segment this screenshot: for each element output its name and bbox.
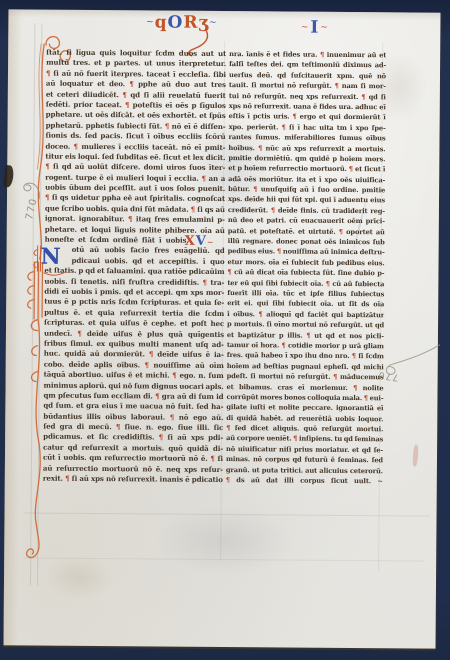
pilcrow-mark: ¶ [335,82,339,90]
pilcrow-mark: ¶ [282,123,286,131]
pilcrow-mark: ¶ [201,174,205,183]
pilcrow-mark: ¶ [128,215,132,224]
pilcrow-mark: ¶ [45,193,49,202]
pilcrow-mark: ¶ [227,268,231,276]
running-title-cor: ∼qORʒ∼ [126,12,236,33]
display-letter: ∼ [301,18,309,38]
pilcrow-mark: ¶ [191,205,195,214]
pilcrow-mark: ¶ [258,144,262,152]
chapter-numeral-letter: V [196,234,207,249]
text-line: tauit. ſi mortui nō reſurgūt. ¶ nam ſi m… [229,80,386,92]
pilcrow-mark: ¶ [293,435,297,443]
pilcrow-mark: ¶ [155,391,159,400]
pilcrow-mark: ¶ [122,90,126,99]
text-column-right: nra. īanis ē et fides ura. ¶ inuenimur a… [226,49,386,487]
decorated-initial-n: N [37,245,63,273]
margin-note-right-number: 770 [377,369,400,383]
pilcrow-mark: ¶ [271,206,275,214]
display-letter: ∼ [209,13,217,33]
pilcrow-mark: ¶ [65,474,69,483]
red-offset-mark [412,444,419,466]
text-line: ¶ ds aū dat illi corpus ſicut uult. ∼ [226,475,383,487]
pilcrow-mark: ¶ [349,165,353,173]
margin-note-left: 770 [19,177,39,233]
pilcrow-mark: ¶ [226,476,230,484]
photo-of-manuscript-leaf: { "meta": { "background_color": "#202e4d… [0,0,450,660]
pilcrow-mark: ¶ [320,51,324,59]
pilcrow-mark: ¶ [125,100,129,109]
text-line: ſcripturas. et quia uiſus ē cephe. et po… [44,318,224,330]
text-line: gilate iuſti et nolite peccare. ignorant… [226,402,383,414]
display-letter: ʒ [198,13,208,33]
pilcrow-mark: ¶ [333,373,337,381]
pilcrow-mark: ¶ [77,328,81,337]
pilcrow-mark: ¶ [74,141,78,150]
text-line: minas. nō corpus qd futurū ē ſeminas. ſe… [226,454,383,466]
pilcrow-mark: ¶ [45,162,49,171]
parchment-stain [154,505,295,576]
pilcrow-mark: ¶ [306,331,310,339]
ruling-line-horizontal [25,512,430,516]
pilcrow-mark: ¶ [116,422,120,431]
pilcrow-mark: ¶ [203,277,207,286]
text-line: p mortuis. ſi oīno mortui nō reſurgūt. u… [227,319,384,331]
chapter-numeral-letter: X [185,234,196,249]
text-line: nū deo et patri. cū euacuauerit oēm prīc… [228,215,385,227]
manuscript-leaf: ∼qORʒ∼ ∼I∼ ſtāt. ſi līgua quis loquitur … [4,9,441,648]
book-numeral-I: ∼I∼ [290,18,338,38]
pilcrow-mark: ¶ [277,248,281,256]
text-line: rantes ſumus. miſerabiliores ſumus oībus [228,132,385,144]
display-letter: ∼ [146,12,154,32]
text-line: ¶ cū aū dicat oīa ſubiecta ſūt. ſine dub… [227,267,384,279]
pilcrow-mark: ¶ [258,310,262,318]
pilcrow-mark: ¶ [210,454,214,463]
margin-note-right: 770 [371,338,443,395]
display-letter: ∼ [320,18,328,38]
pilcrow-mark: ¶ [226,424,230,432]
display-letter: R [183,13,197,33]
pilcrow-mark: ¶ [281,341,285,349]
chapter-numeral-xv: XV∼ [185,234,215,249]
pilcrow-mark: ¶ [364,394,368,402]
text-line: pdeſt. ſi mortui nō reſurgūt. ¶ māducemu… [227,371,384,383]
pilcrow-mark: ¶ [361,93,365,101]
pilcrow-mark: ¶ [46,68,50,77]
pilcrow-mark: ¶ [172,371,176,380]
pilcrow-mark: ¶ [353,384,357,392]
display-letter: I [310,18,318,38]
display-letter: O [167,13,182,33]
chapter-numeral-flourish: ∼ [207,238,215,247]
text-line: tāquā abortiuo. uiſus ē et michi. ¶ ego.… [44,370,224,382]
pilcrow-mark: ¶ [170,412,174,421]
pilcrow-mark: ¶ [144,360,148,369]
text-line: ſionis ds. ſed pacis. ſicut ī oībus eccl… [45,131,225,143]
text-line: rexit. ¶ ſi aū xps nō reſurrexit. inanis… [43,474,223,486]
pilcrow-mark: ¶ [253,185,257,193]
ruling-line-horizontal [24,557,424,561]
pilcrow-mark: ¶ [129,79,133,88]
text-column-left: ſtāt. ſi līgua quis loquitur ſcdm duos a… [43,48,226,486]
pilcrow-mark: ¶ [352,352,356,360]
display-letter: q [155,12,167,32]
pilcrow-mark: ¶ [292,113,296,121]
pilcrow-mark: ¶ [165,121,169,130]
initial-letter: N [40,245,60,269]
pilcrow-mark: ¶ [326,279,330,287]
pilcrow-mark: ¶ [159,433,163,442]
pilcrow-mark: ¶ [149,350,153,359]
pilcrow-mark: ¶ [339,228,343,236]
